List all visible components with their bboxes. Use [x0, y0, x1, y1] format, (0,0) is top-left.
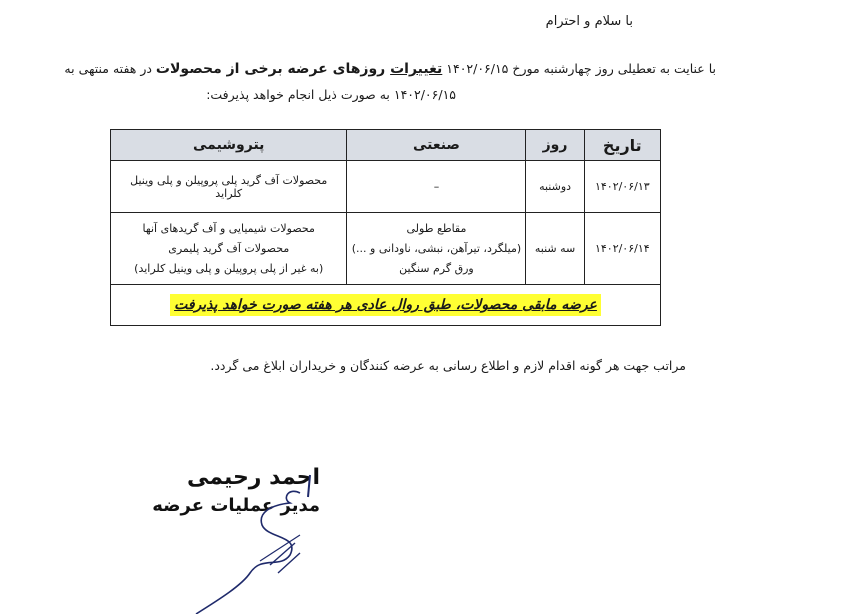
- greeting: با سلام و احترام: [546, 14, 633, 29]
- intro-bold-text: روزهای عرضه برخی از محصولات: [156, 61, 390, 77]
- intro-line-1: با عنایت به تعطیلی روز چهارشنبه مورخ ۱۴۰…: [30, 56, 716, 82]
- table-header-row: تاریخ روز صنعتی پتروشیمی: [111, 130, 661, 161]
- cell-day: دوشنبه: [526, 161, 584, 213]
- cell-industrial: مقاطع طولی (میلگرد، تیرآهن، نبشی، ناودان…: [347, 213, 526, 285]
- petrochemical-line: محصولات شیمیایی و آف گریدهای آنها: [115, 219, 342, 239]
- signatory-title: مدیر عملیات عرضه: [152, 495, 320, 516]
- industrial-line: (میلگرد، تیرآهن، نبشی، ناودانی و ...): [351, 239, 521, 259]
- cell-day: سه شنبه: [526, 213, 584, 285]
- industrial-line: مقاطع طولی: [351, 219, 521, 239]
- schedule-table: تاریخ روز صنعتی پتروشیمی ۱۴۰۲/۰۶/۱۳ دوشن…: [110, 129, 661, 326]
- petrochemical-line: (به غیر از پلی پروپیلن و پلی وینیل کلرای…: [115, 259, 342, 279]
- signatory-name: احمد رحیمی: [187, 465, 320, 490]
- footer-note-highlighted: عرضه مابقی محصولات، طبق روال عادی هر هفت…: [170, 294, 601, 316]
- header-industrial: صنعتی: [347, 130, 526, 161]
- letter-page: با سلام و احترام با عنایت به تعطیلی روز …: [0, 0, 846, 614]
- intro-line-2: ۱۴۰۲/۰۶/۱۵ به صورت ذیل انجام خواهد پذیرف…: [30, 82, 716, 108]
- intro-text-part2: در هفته منتهی به: [64, 61, 156, 76]
- industrial-line: ورق گرم سنگین: [351, 259, 521, 279]
- intro-paragraph: با عنایت به تعطیلی روز چهارشنبه مورخ ۱۴۰…: [30, 56, 716, 108]
- cell-date: ۱۴۰۲/۰۶/۱۳: [584, 161, 660, 213]
- header-day: روز: [526, 130, 584, 161]
- cell-petrochemical: محصولات آف گرید پلی پروپیلن و پلی وینیل …: [111, 161, 347, 213]
- intro-text-part1: با عنایت به تعطیلی روز چهارشنبه مورخ ۱۴۰…: [442, 61, 716, 76]
- cell-petrochemical: محصولات شیمیایی و آف گریدهای آنها محصولا…: [111, 213, 347, 285]
- cell-date: ۱۴۰۲/۰۶/۱۴: [584, 213, 660, 285]
- intro-underlined-text: تغییرات: [390, 61, 442, 77]
- table-row: ۱۴۰۲/۰۶/۱۴ سه شنبه مقاطع طولی (میلگرد، ت…: [111, 213, 661, 285]
- closing-sentence: مراتب جهت هر گونه اقدام لازم و اطلاع رسا…: [210, 358, 686, 373]
- header-date: تاریخ: [584, 130, 660, 161]
- signature-block: احمد رحیمی مدیر عملیات عرضه: [150, 465, 320, 614]
- cell-industrial: –: [347, 161, 526, 213]
- table-footer-row: عرضه مابقی محصولات، طبق روال عادی هر هفت…: [111, 285, 661, 326]
- footer-note-cell: عرضه مابقی محصولات، طبق روال عادی هر هفت…: [111, 285, 661, 326]
- table-row: ۱۴۰۲/۰۶/۱۳ دوشنبه – محصولات آف گرید پلی …: [111, 161, 661, 213]
- petrochemical-line: محصولات آف گرید پلیمری: [115, 239, 342, 259]
- header-petrochemical: پتروشیمی: [111, 130, 347, 161]
